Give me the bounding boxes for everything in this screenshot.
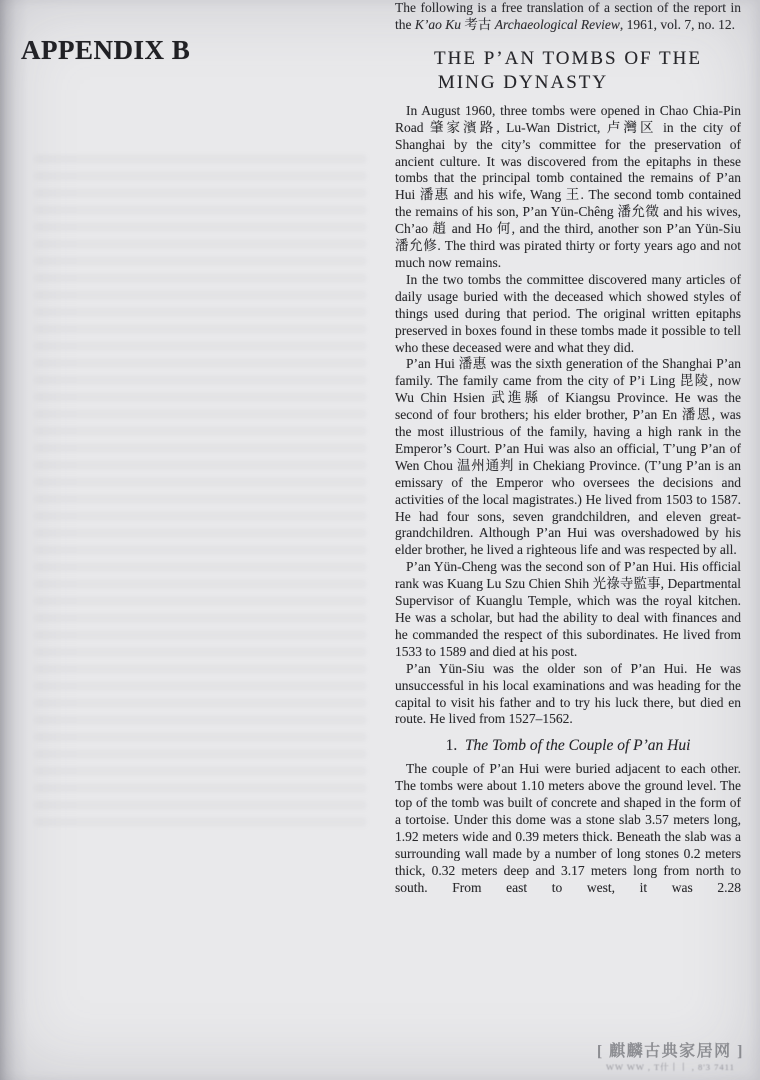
watermark-contact-line: WW WW , T什丨丨 , 8'3 7411 bbox=[597, 1063, 744, 1073]
paragraph-4: P’an Yün-Cheng was the second son of P’a… bbox=[395, 559, 741, 660]
paragraph-3: P’an Hui 潘惠 was the sixth generation of … bbox=[395, 356, 741, 559]
text-column: The following is a free translation of a… bbox=[395, 0, 741, 897]
translator-note: The following is a free translation of a… bbox=[395, 0, 741, 34]
section-number: 1. bbox=[446, 737, 458, 754]
article-title-line2: MING DYNASTY bbox=[350, 71, 696, 95]
paragraph-2: In the two tombs the committee discovere… bbox=[395, 272, 741, 357]
journal-name-chinese: 考古 bbox=[461, 17, 495, 32]
note-citation-segment: , 1961, vol. 7, no. 12. bbox=[620, 17, 735, 32]
paragraph-1: In August 1960, three tombs were opened … bbox=[395, 103, 741, 272]
bleed-through-texture bbox=[34, 155, 366, 835]
journal-name-english: Archaeological Review bbox=[495, 17, 620, 32]
scanned-book-page: APPENDIX B The following is a free trans… bbox=[0, 0, 760, 1080]
paragraph-6: The couple of P’an Hui were buried adjac… bbox=[395, 761, 741, 896]
article-title: THE P’AN TOMBS OF THE MING DYNASTY bbox=[395, 47, 741, 95]
appendix-heading: APPENDIX B bbox=[21, 37, 190, 64]
section-title: The Tomb of the Couple of P’an Hui bbox=[465, 737, 690, 754]
section-1-heading: 1. The Tomb of the Couple of P’an Hui bbox=[395, 736, 741, 756]
watermark-site-name: [ 麒麟古典家居网 ] bbox=[597, 1043, 744, 1061]
article-title-line1: THE P’AN TOMBS OF THE bbox=[395, 47, 741, 71]
paragraph-5: P’an Yün-Siu was the older son of P’an H… bbox=[395, 661, 741, 729]
watermark: [ 麒麟古典家居网 ] WW WW , T什丨丨 , 8'3 7411 bbox=[597, 1043, 744, 1073]
journal-name-romanized: K’ao Ku bbox=[415, 17, 461, 32]
page-gutter-shadow bbox=[0, 0, 28, 1080]
